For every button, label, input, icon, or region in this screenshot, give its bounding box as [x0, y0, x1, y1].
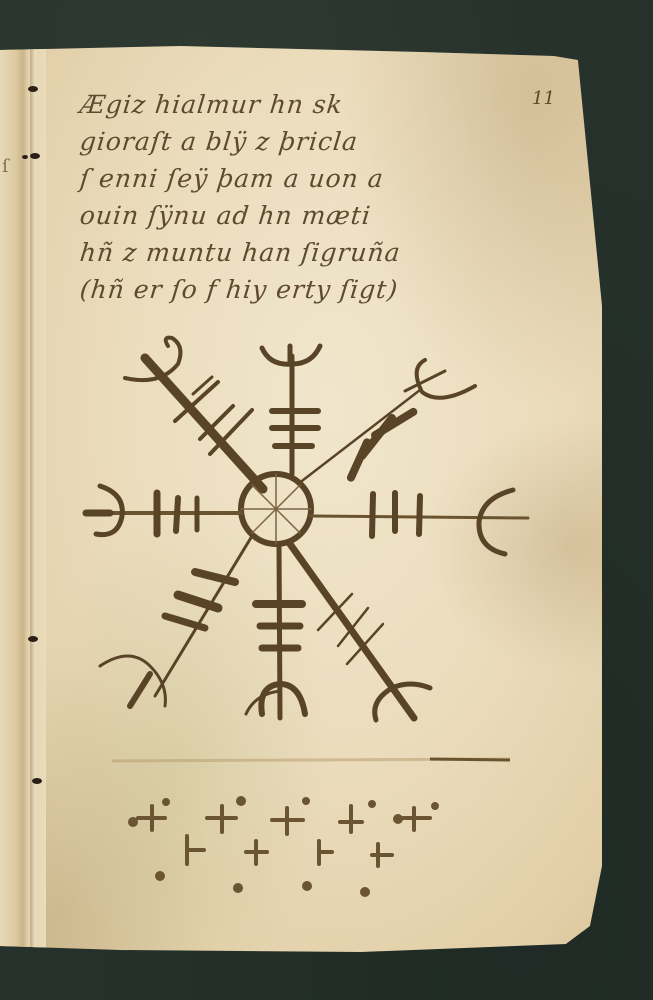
cross-icon	[395, 804, 437, 830]
cross-icon	[246, 841, 267, 864]
cross-icon	[372, 844, 392, 866]
cross-icon	[319, 841, 332, 864]
cross-icon	[187, 836, 204, 864]
cross-icon	[340, 802, 374, 832]
bottom-cross-marks	[0, 46, 602, 954]
cross-icon	[130, 800, 168, 830]
manuscript-page: ſ 11 Ægiz hialmur hn sk gioraſt a blÿ z …	[0, 46, 602, 954]
cross-icon	[207, 798, 244, 832]
cross-icon	[272, 799, 308, 834]
